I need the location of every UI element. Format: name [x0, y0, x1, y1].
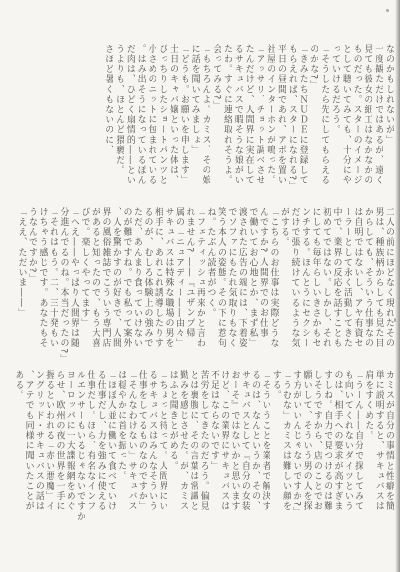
- text-line: 不足はならないです」: [209, 370, 219, 521]
- text-line: 。はみ出そうになっているぽん: [135, 44, 146, 194]
- text-line: すしね。自力で見つけるのは難: [322, 370, 332, 521]
- text-line: 見ても彼女の細工はなかなかの: [362, 44, 373, 194]
- text-line: 小さめのニットに包まれている: [146, 44, 157, 194]
- text-line: す方がいいんじゃないですか?」: [291, 370, 301, 521]
- text-line: 「ちょっと待って。人間界にい: [157, 370, 167, 521]
- text-line: として聴いてみても、十分にや: [340, 44, 351, 194]
- text-line: らせ、欧州の夜の世界を一手に: [54, 370, 64, 521]
- text-band-upper: なのかもしれないが」一度観ただけではあるが、遠く見ても彼女の細工はなかなかのもの…: [5, 44, 394, 194]
- scan-speck: [386, 9, 389, 12]
- text-line: さほど暑くもないのに、: [102, 44, 113, 194]
- text-line: だ肉は、ひどく扇情的――とい: [124, 44, 135, 194]
- text-line: もらえれば、スターになれる?」: [286, 44, 297, 194]
- text-line: 「そういうことを業者で解決す: [260, 370, 270, 521]
- text-line: るサキュバスはみんなそういう: [147, 370, 157, 521]
- text-line: ぴっちりしたショートパンツと: [156, 44, 167, 194]
- text-line: がする。: [279, 207, 290, 359]
- text-line: はふと聞きとがめる。: [167, 370, 177, 521]
- text-line: 単に説明すると、サキュバスは: [373, 370, 383, 521]
- text-line: する。: [270, 370, 280, 521]
- text-line: れません? ――『ユザンプ帰: [184, 207, 195, 359]
- text-line: からしても、そういう仕事なの: [363, 207, 374, 359]
- text-line: けちゃう感じです。あなたもそ: [37, 207, 48, 359]
- text-line: も向いてくれないダイツという: [343, 370, 353, 521]
- text-line: ね。たぶん読者がつく。: [205, 207, 216, 359]
- text-line: ものだった。スターのイメージ: [351, 44, 362, 194]
- text-line: 属の「ニュアディー――由々」: [174, 207, 185, 359]
- text-line: 肩をすくめた。: [363, 370, 373, 521]
- text-line: のが難ですね。でも私って案外: [121, 207, 132, 359]
- text-line: 「そんなわけない」サキュバス: [126, 370, 136, 521]
- text-line: 、人を驚かすのが好きで、人間: [111, 207, 122, 359]
- text-line: サキュバスとして『自分の女装: [240, 370, 250, 521]
- text-line: たんだけど、人間界に実在して: [243, 44, 254, 194]
- text-line: で働いてお心地とか、まず私」: [247, 207, 258, 359]
- text-line: 「それはもう。二、三十発もい: [48, 207, 59, 359]
- text-line: 「もちろんよ。カミス、その娘: [200, 44, 211, 194]
- text-line: 相手に、あれこれ誘導したりす: [153, 207, 164, 359]
- text-line: 勤みを感じさせた。が、カミス: [178, 370, 188, 521]
- text-line: しそうですから、店のことでお: [312, 370, 322, 521]
- text-line: 「ほぼ人並に働いて食べていけ: [106, 370, 116, 521]
- text-line: ンチする。ほんとうにセクシー: [300, 207, 311, 359]
- text-line: があると知ったので、もう大喜: [90, 207, 101, 359]
- text-line: 界の風俗雑誌でこういう専門店: [100, 207, 111, 359]
- text-line: るのが、むしろ体験上の強みで: [142, 207, 153, 359]
- text-line: 初めてではない。しかし、それ: [321, 207, 332, 359]
- text-line: 苦労をしてきたのだろう。偏見: [198, 370, 208, 521]
- text-line: 「こちらのお仕事は実際どうな: [268, 207, 279, 359]
- text-line: 仕事をしてるものなのですか」: [137, 370, 147, 521]
- text-line: 一度観ただけではあるが、遠く: [372, 44, 383, 194]
- text-line: とは裏腹に、その言葉は常識と: [188, 370, 198, 521]
- text-line: る仕事だし、力を強みに使える: [95, 370, 105, 521]
- text-line: ングリッド・サキュバスの話は: [34, 370, 44, 521]
- text-band-lower: カミスが自分の事情と性癖を簡単に説明すると、サキュバスは肩をすくめた。「うーん―…: [5, 370, 394, 521]
- text-line: 会ってみる?」: [210, 44, 221, 194]
- text-line: カミスが自分の事情と性癖を簡: [384, 370, 394, 521]
- text-line: けど、この業界にサキュバスは: [219, 370, 229, 521]
- text-line: に話を聞いてみましょ」: [189, 44, 200, 194]
- text-line: は自明ではないし、アヤ有資セ: [352, 207, 363, 359]
- text-line: 中で、業界の反応を話すことも: [331, 207, 342, 359]
- text-line: サキュバスは特殊な職場の男を: [163, 207, 174, 359]
- text-line: たわ。すぐに連絡取れそうよ。: [221, 44, 232, 194]
- text-line: は穏やかに首を振った。: [116, 370, 126, 521]
- text-line: 仕事だし。ほら、有名なインフ: [85, 370, 95, 521]
- text-line: 分進んでるのね。本当だったの?」: [58, 207, 69, 359]
- text-line: のかな?」: [308, 44, 319, 194]
- text-line: うよりも、ほとんど猥褻だ。: [113, 44, 124, 194]
- text-line: 握るといわれる「赤い悪魔」イ: [44, 370, 54, 521]
- text-line: でソファにもたれ気取りもなく: [226, 207, 237, 359]
- text-line: 「ええ、ただいま――」: [16, 207, 27, 359]
- text-line: 「そうしたら先にしてもらえる: [318, 44, 329, 194]
- text-line: 「きみたちＮＵＤＥに登録して: [297, 44, 308, 194]
- text-line: ルエンサーもいるじゃないですか」: [75, 370, 85, 521]
- text-line: るのは、なんというか、その、: [250, 370, 260, 521]
- text-line: 願いして、そういう男の人を探: [301, 370, 311, 521]
- text-line: にしても毎年らしいきさかもセ: [310, 207, 321, 359]
- text-line: びで。楽しくやってます」: [79, 207, 90, 359]
- text-line: んですか? 人間界でのお仕事: [258, 207, 269, 359]
- text-line: 「うむな」カミスは難しい顔を: [281, 370, 291, 521]
- text-band-middle: 二人の前にほどなく現れたその男は、種族柄からしても見た目からしても、そういう仕事…: [5, 207, 394, 359]
- text-line: 平日の昼間であれ、アポを置い: [275, 44, 286, 194]
- scanned-page: なのかもしれないが」一度観ただけではあるが、遠く見ても彼女の細工はなかなかのもの…: [0, 0, 400, 572]
- text-line: 、アテでも同様に聞いたことが: [23, 370, 33, 521]
- text-line: 男は、種族柄からしても見た目: [373, 207, 384, 359]
- text-line: 笑う本人の姿態。その下に惹句: [216, 207, 227, 359]
- text-line: うなんですか?」: [27, 207, 38, 359]
- text-line: 二人の前にほどなく現れたその: [384, 207, 395, 359]
- text-line: おーそ』ではないかと思います: [229, 370, 239, 521]
- text-line: 土日のキャバ嬢といった体は、: [167, 44, 178, 194]
- page-edge-shadow: [395, 0, 400, 572]
- text-line: 「フェティッシュ再来かと言わ: [195, 207, 206, 359]
- text-line: なのかもしれないが」: [383, 44, 394, 194]
- text-line: 「どうも。お願いを申します」: [178, 44, 189, 194]
- text-line: 「アッサリ、チョット調べさせ: [254, 44, 265, 194]
- text-line: ある。: [13, 370, 23, 521]
- text-line: ーラーとして永く活動してきた: [342, 207, 353, 359]
- text-line: のは、相手への要求が高すぎま: [332, 370, 342, 521]
- text-line: っていけるだろう。: [329, 44, 340, 194]
- text-line: ヨーロッパに一大諜報網をめぐ: [65, 370, 75, 521]
- text-line: 「うーん――自分で探してみて: [353, 370, 363, 521]
- text-line: ただ、あんまり食っていけない: [132, 207, 143, 359]
- text-line: だけで張り続けているような気: [289, 207, 300, 359]
- text-line: 「へえ――やっぱり人間界は随: [69, 207, 80, 359]
- text-line: 渡された広告の端には、下着姿: [237, 207, 248, 359]
- text-line: るサキュバスで暇そうな娘がい: [232, 44, 243, 194]
- text-line: 社屋のインターホンが鳴った。: [264, 44, 275, 194]
